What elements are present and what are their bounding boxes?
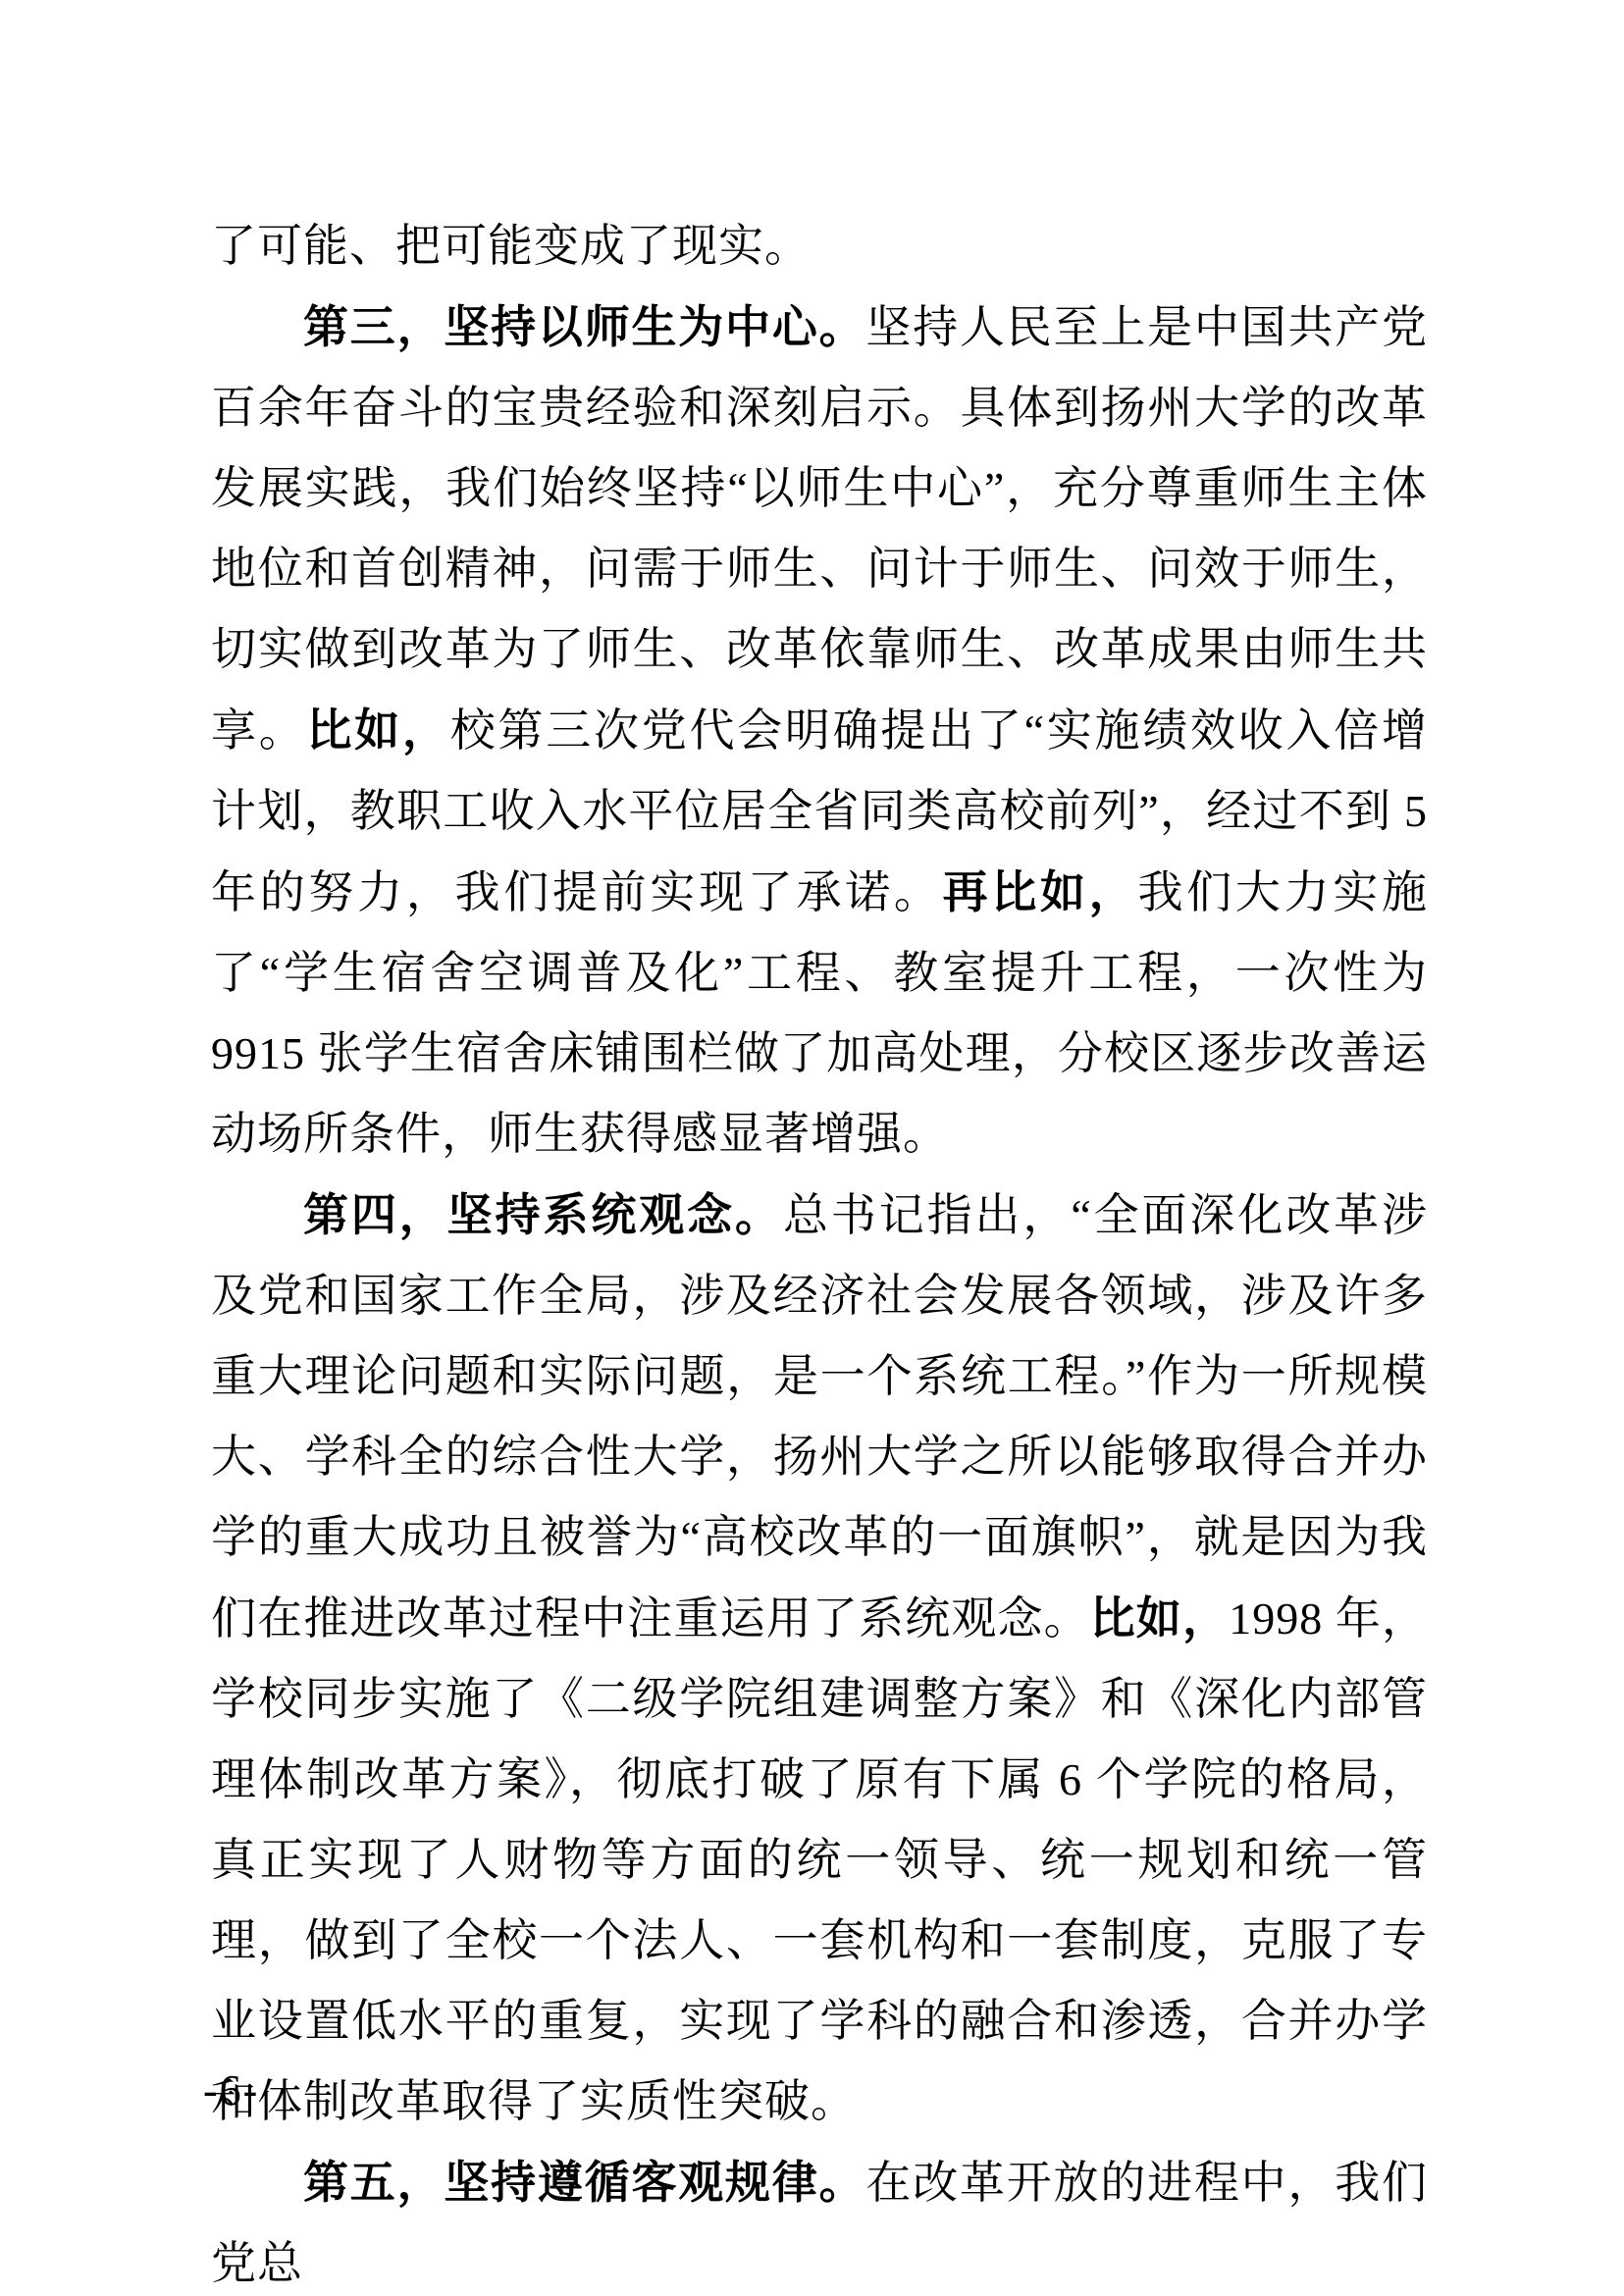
paragraph: 第三，坚持以师生为中心。坚持人民至上是中国共产党百余年奋斗的宝贵经验和深刻启示。… [211,287,1428,1174]
emphasis-text-run: 第五，坚持遵循客观规律。 [303,2157,865,2208]
emphasis-text-run: 比如， [307,704,450,756]
text-run: 1998 年，学校同步实施了《二级学院组建调整方案》和《深化内部管理体制改革方案… [211,1593,1428,2126]
paragraph: 第四，坚持系统观念。总书记指出，“全面深化改革涉及党和国家工作全局，涉及经济社会… [211,1174,1428,2142]
emphasis-text-run: 第三，坚持以师生为中心。 [303,301,865,352]
document-page: 了可能、把可能变成了现实。第三，坚持以师生为中心。坚持人民至上是中国共产党百余年… [0,0,1624,2296]
text-run: 坚持人民至上是中国共产党百余年奋斗的宝贵经验和深刻启示。具体到扬州大学的改革发展… [211,302,1428,756]
text-run: 总书记指出，“全面深化改革涉及党和国家工作全局，涉及经济社会发展各领域，涉及许多… [211,1190,1428,1644]
text-run: 了可能、把可能变成了现实。 [211,221,811,271]
emphasis-text-run: 第四，坚持系统观念。 [303,1189,783,1240]
emphasis-text-run: 再比如， [943,866,1138,917]
emphasis-text-run: 比如， [1090,1592,1229,1644]
paragraph: 第五，坚持遵循客观规律。在改革开放的进程中，我们党总 [211,2142,1428,2296]
paragraph: 了可能、把可能变成了现实。 [211,206,1428,287]
document-body: 了可能、把可能变成了现实。第三，坚持以师生为中心。坚持人民至上是中国共产党百余年… [211,206,1428,2296]
page-number: -6- [203,2066,259,2115]
